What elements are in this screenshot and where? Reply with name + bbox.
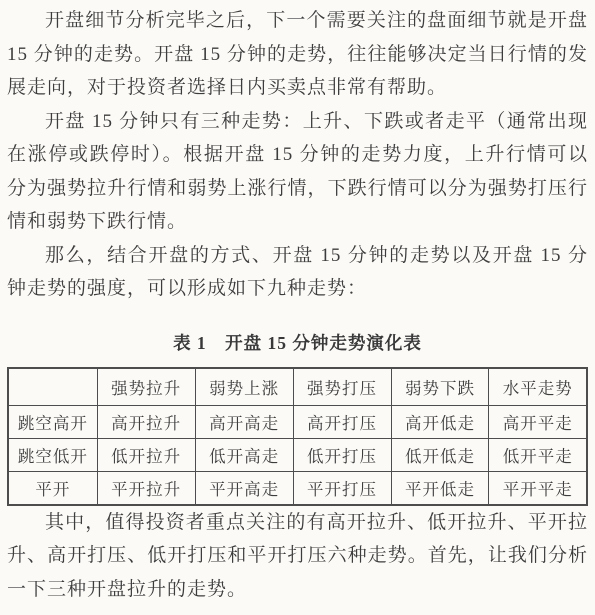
table-cell: 高开打压 bbox=[293, 405, 391, 438]
paragraph-three-trends: 开盘 15 分钟只有三种走势：上升、下跌或者走平（通常出现在涨停或跌停时）。根据… bbox=[7, 105, 588, 239]
table-cell: 低开平走 bbox=[489, 438, 587, 471]
table-row-label: 平开 bbox=[8, 471, 97, 505]
document-page: 开盘细节分析完毕之后，下一个需要关注的盘面细节就是开盘 15 分钟的走势。开盘 … bbox=[0, 0, 595, 615]
table-cell: 高开平走 bbox=[489, 405, 587, 438]
trend-evolution-table: 强势拉升 弱势上涨 强势打压 弱势下跌 水平走势 跳空高开 高开拉升 高开高走 … bbox=[7, 367, 588, 506]
table-cell: 平开高走 bbox=[195, 471, 293, 505]
table-cell: 低开低走 bbox=[391, 438, 489, 471]
table-cell: 高开拉升 bbox=[97, 405, 195, 438]
table-header-cell: 弱势下跌 bbox=[391, 368, 489, 406]
table-row: 跳空低开 低开拉升 低开高走 低开打压 低开低走 低开平走 bbox=[8, 438, 587, 471]
table-row: 跳空高开 高开拉升 高开高走 高开打压 高开低走 高开平走 bbox=[8, 405, 587, 438]
table-cell: 高开高走 bbox=[195, 405, 293, 438]
table-header-cell: 弱势上涨 bbox=[195, 368, 293, 406]
table-title: 表 1 开盘 15 分钟走势演化表 bbox=[7, 330, 588, 355]
paragraph-opening-detail: 开盘细节分析完毕之后，下一个需要关注的盘面细节就是开盘 15 分钟的走势。开盘 … bbox=[7, 4, 588, 105]
paragraph-key-trends: 其中，值得投资者重点关注的有高开拉升、低开拉升、平开拉升、高开打压、低开打压和平… bbox=[7, 506, 588, 607]
table-cell: 平开低走 bbox=[391, 471, 489, 505]
table-cell: 低开高走 bbox=[195, 438, 293, 471]
table-header-cell: 强势拉升 bbox=[97, 368, 195, 406]
table-header-cell: 强势打压 bbox=[293, 368, 391, 406]
table-header-row: 强势拉升 弱势上涨 强势打压 弱势下跌 水平走势 bbox=[8, 368, 587, 406]
table-cell: 平开打压 bbox=[293, 471, 391, 505]
table-header-corner-cell bbox=[8, 368, 97, 406]
table-cell: 平开拉升 bbox=[97, 471, 195, 505]
table-row-label: 跳空高开 bbox=[8, 405, 97, 438]
table-row: 平开 平开拉升 平开高走 平开打压 平开低走 平开平走 bbox=[8, 471, 587, 505]
table-header-cell: 水平走势 bbox=[489, 368, 587, 406]
table-cell: 低开拉升 bbox=[97, 438, 195, 471]
table-cell: 低开打压 bbox=[293, 438, 391, 471]
table-row-label: 跳空低开 bbox=[8, 438, 97, 471]
paragraph-nine-trends: 那么，结合开盘的方式、开盘 15 分钟的走势以及开盘 15 分钟走势的强度，可以… bbox=[7, 239, 588, 306]
table-cell: 平开平走 bbox=[489, 471, 587, 505]
table-cell: 高开低走 bbox=[391, 405, 489, 438]
